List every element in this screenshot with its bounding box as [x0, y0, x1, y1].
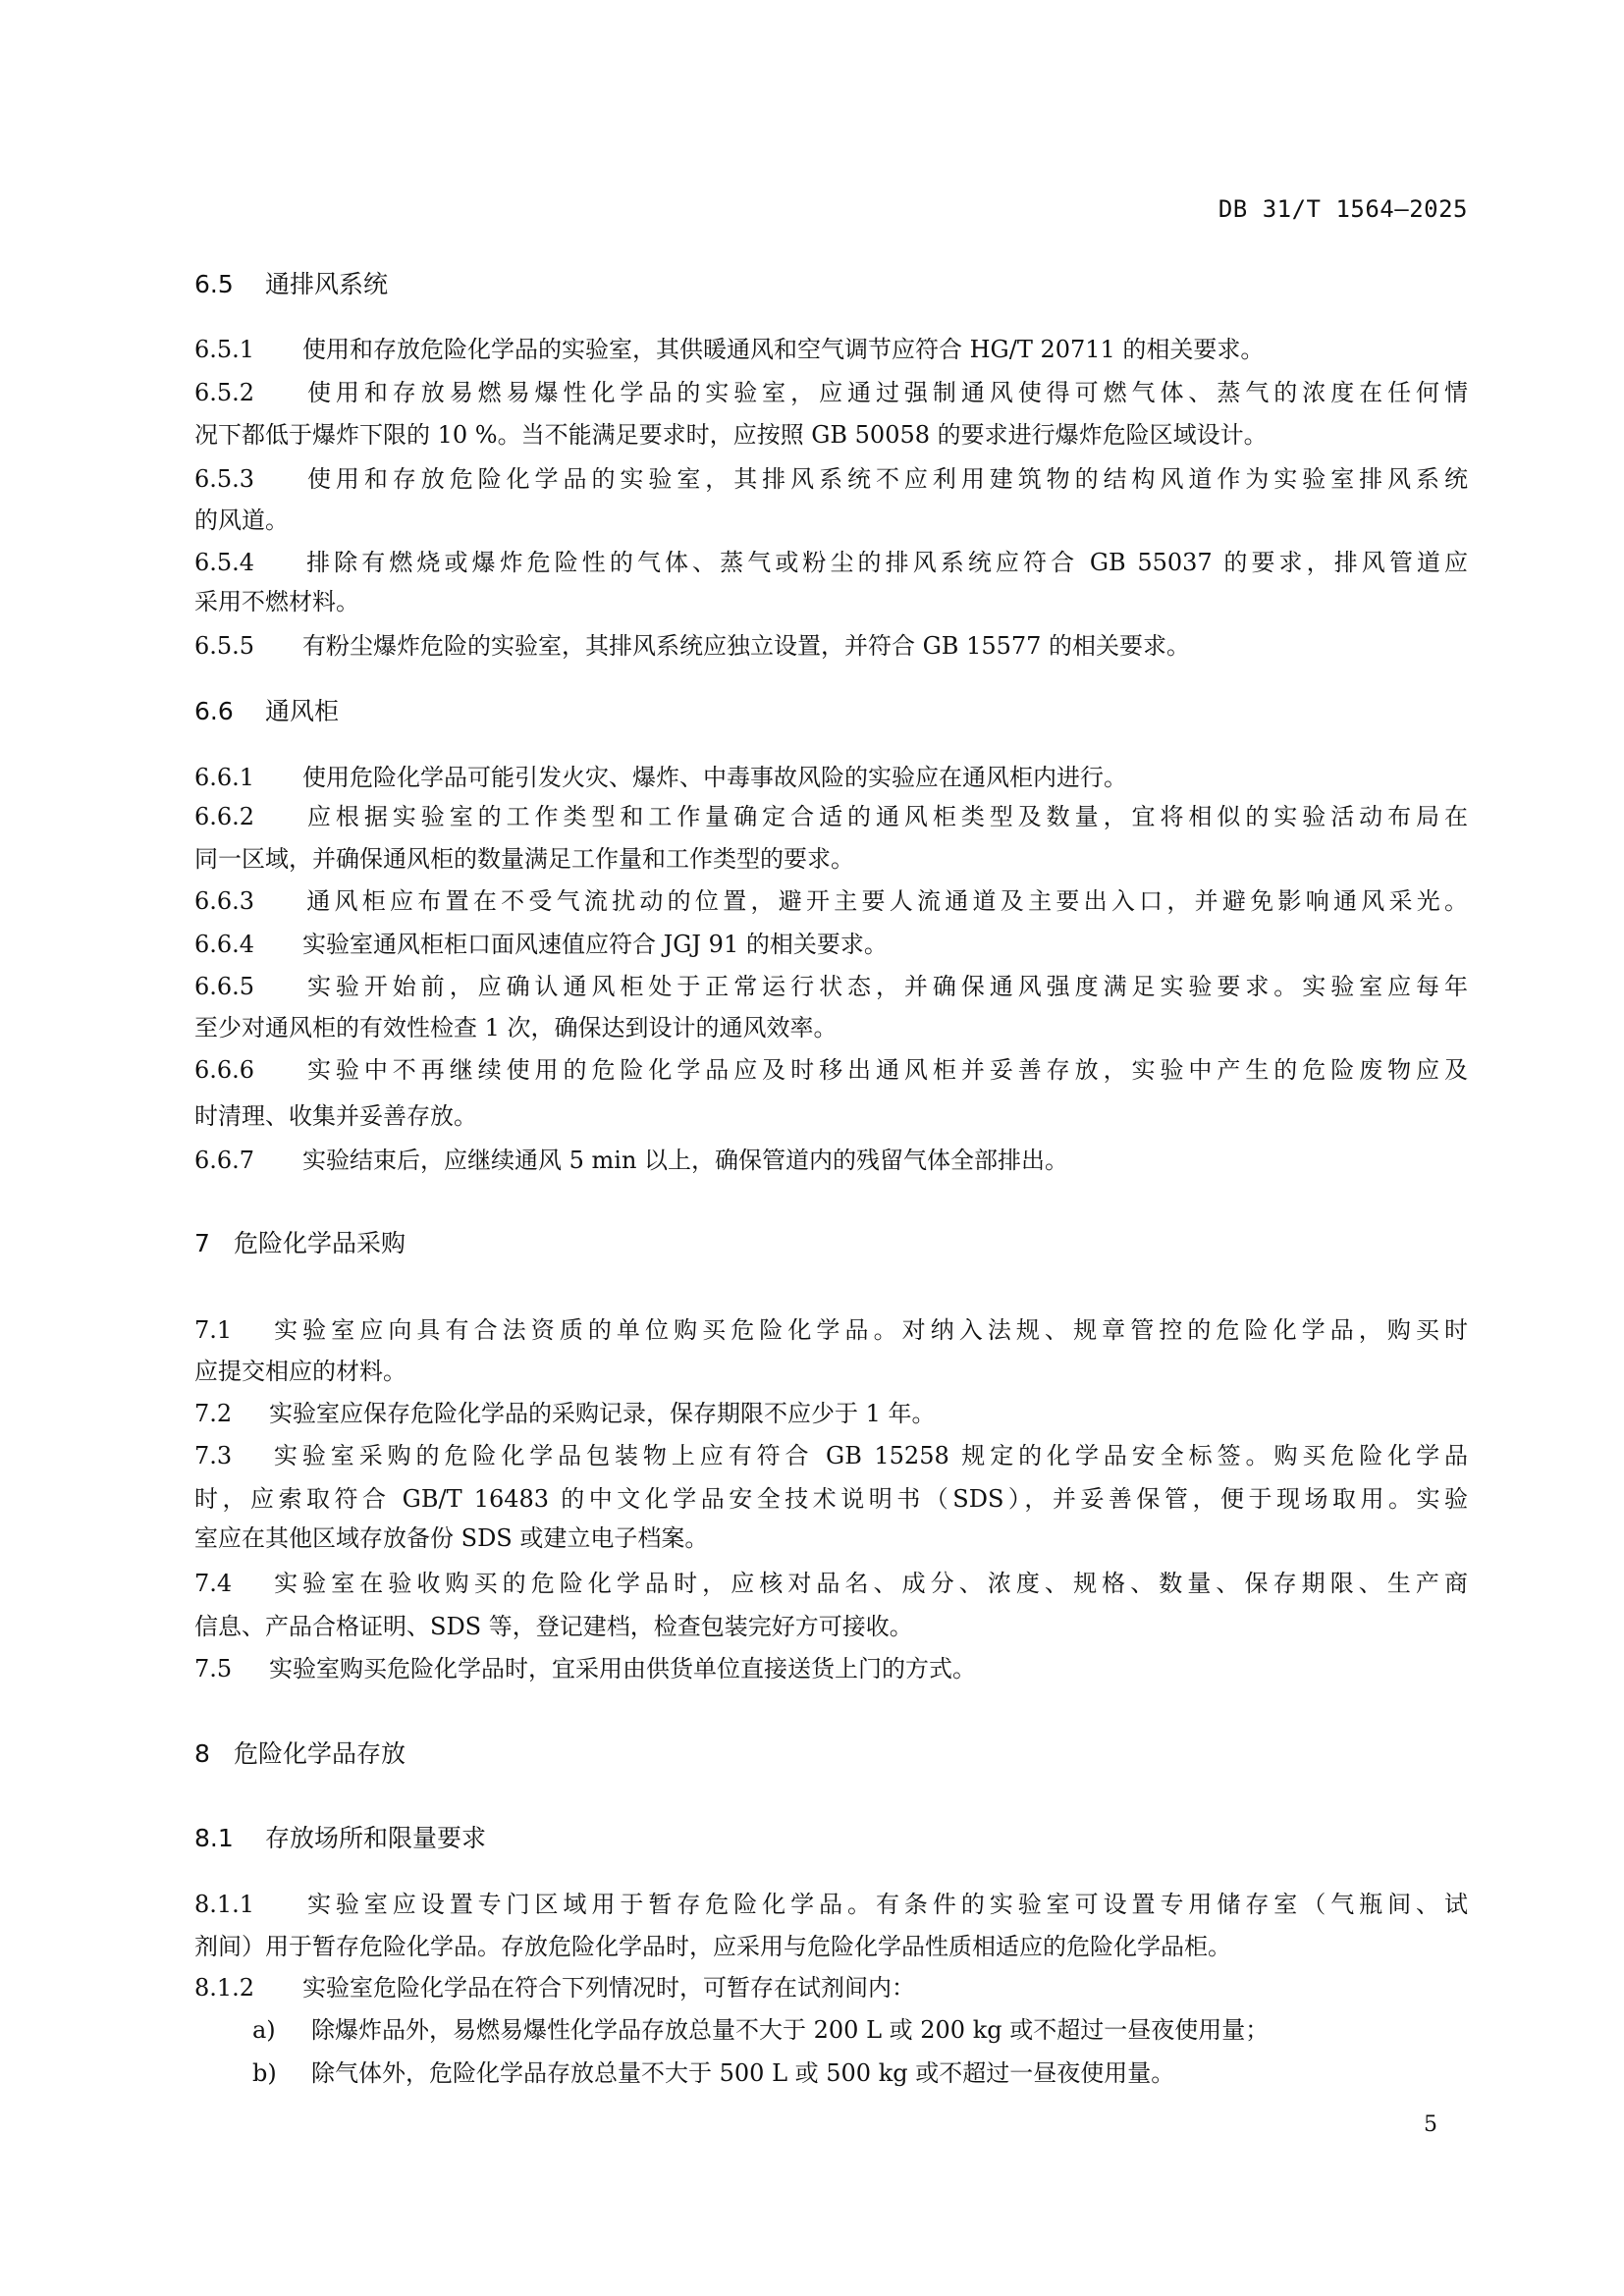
- clause-text: 使用危险化学品可能引发火灾、爆炸、中毒事故风险的实验应在通风柜内进行。: [302, 764, 1127, 791]
- clause-number: 8.1.1: [194, 1889, 302, 1920]
- clause-number: 6.6.6: [194, 1054, 302, 1086]
- document-page: DB 31/T 1564—2025 6.5通排风系统 6.5.1使用和存放危险化…: [0, 0, 1624, 2296]
- clause-number: 7.2: [194, 1398, 269, 1429]
- clause-7-2: 7.2实验室应保存危险化学品的采购记录，保存期限不应少于 1 年。: [194, 1398, 1471, 1429]
- clause-7-3: 7.3实验室采购的危险化学品包装物上应有符合 GB 15258 规定的化学品安全…: [194, 1440, 1468, 1471]
- clause-6-5-2: 6.5.2使用和存放易燃易爆性化学品的实验室，应通过强制通风使得可燃气体、蒸气的…: [194, 377, 1468, 408]
- clause-6-5-2-cont: 况下都低于爆炸下限的 10 %。当不能满足要求时，应按照 GB 50058 的要…: [194, 419, 1471, 451]
- chapter-number: 8: [194, 1738, 234, 1770]
- clause-7-5: 7.5实验室购买危险化学品时，宜采用由供货单位直接送货上门的方式。: [194, 1653, 1471, 1684]
- list-item-b: b)除气体外，危险化学品存放总量不大于 500 L 或 500 kg 或不超过一…: [252, 2057, 1529, 2089]
- clause-text: 实验室应向具有合法资质的单位购买危险化学品。对纳入法规、规章管控的危险化学品，购…: [269, 1316, 1468, 1344]
- clause-7-3-cont-1: 时，应索取符合 GB/T 16483 的中文化学品安全技术说明书（SDS），并妥…: [194, 1483, 1468, 1515]
- clause-number: 6.6.3: [194, 885, 302, 917]
- clause-6-5-4: 6.5.4排除有燃烧或爆炸危险性的气体、蒸气或粉尘的排风系统应符合 GB 550…: [194, 547, 1468, 578]
- clause-7-3-cont-2: 室应在其他区域存放备份 SDS 或建立电子档案。: [194, 1522, 1471, 1554]
- clause-number: 7.5: [194, 1653, 269, 1684]
- clause-text: 使用和存放危险化学品的实验室，其供暖通风和空气调节应符合 HG/T 20711 …: [302, 336, 1264, 363]
- clause-text: 使用和存放易燃易爆性化学品的实验室，应通过强制通风使得可燃气体、蒸气的浓度在任何…: [302, 379, 1468, 406]
- clause-text: 实验室应保存危险化学品的采购记录，保存期限不应少于 1 年。: [269, 1400, 936, 1427]
- clause-6-6-7: 6.6.7实验结束后，应继续通风 5 min 以上，确保管道内的残留气体全部排出…: [194, 1145, 1471, 1176]
- clause-text: 实验结束后，应继续通风 5 min 以上，确保管道内的残留气体全部排出。: [302, 1147, 1068, 1174]
- clause-number: 6.6.4: [194, 929, 302, 960]
- clause-number: 6.5.3: [194, 463, 302, 495]
- clause-text: 实验室危险化学品在符合下列情况时，可暂存在试剂间内：: [302, 1974, 915, 2002]
- clause-text: 应根据实验室的工作类型和工作量确定合适的通风柜类型及数量，宜将相似的实验活动布局…: [302, 803, 1468, 830]
- section-heading-6-6: 6.6通风柜: [194, 696, 1471, 727]
- section-heading-8-1: 8.1存放场所和限量要求: [194, 1823, 1471, 1854]
- clause-6-6-6: 6.6.6实验中不再继续使用的危险化学品应及时移出通风柜并妥善存放，实验中产生的…: [194, 1054, 1468, 1086]
- clause-text: 实验室购买危险化学品时，宜采用由供货单位直接送货上门的方式。: [269, 1655, 976, 1682]
- clause-text: 实验室通风柜柜口面风速值应符合 JGJ 91 的相关要求。: [302, 931, 888, 958]
- clause-number: 6.6.2: [194, 801, 302, 832]
- clause-text: 实验室采购的危险化学品包装物上应有符合 GB 15258 规定的化学品安全标签。…: [269, 1442, 1468, 1469]
- clause-number: 6.5.1: [194, 334, 302, 365]
- clause-number: 7.3: [194, 1440, 269, 1471]
- clause-number: 6.6.7: [194, 1145, 302, 1176]
- clause-6-5-1: 6.5.1使用和存放危险化学品的实验室，其供暖通风和空气调节应符合 HG/T 2…: [194, 334, 1471, 365]
- chapter-title: 危险化学品采购: [234, 1229, 406, 1257]
- list-item-a: a)除爆炸品外，易燃易爆性化学品存放总量不大于 200 L 或 200 kg 或…: [252, 2014, 1529, 2046]
- clause-number: 7.1: [194, 1314, 269, 1346]
- clause-6-6-4: 6.6.4实验室通风柜柜口面风速值应符合 JGJ 91 的相关要求。: [194, 929, 1471, 960]
- clause-text: 有粉尘爆炸危险的实验室，其排风系统应独立设置，并符合 GB 15577 的相关要…: [302, 632, 1190, 660]
- clause-text: 实验中不再继续使用的危险化学品应及时移出通风柜并妥善存放，实验中产生的危险废物应…: [302, 1056, 1468, 1084]
- clause-text: 使用和存放危险化学品的实验室，其排风系统不应利用建筑物的结构风道作为实验室排风系…: [302, 465, 1468, 493]
- clause-6-6-6-cont: 时清理、收集并妥善存放。: [194, 1100, 1471, 1132]
- clause-7-4: 7.4实验室在验收购买的危险化学品时，应核对品名、成分、浓度、规格、数量、保存期…: [194, 1568, 1468, 1599]
- clause-7-1-cont: 应提交相应的材料。: [194, 1356, 1471, 1387]
- clause-6-5-3-cont: 的风道。: [194, 505, 1471, 536]
- clause-text: 实验室应设置专门区域用于暂存危险化学品。有条件的实验室可设置专用储存室（气瓶间、…: [302, 1891, 1468, 1918]
- clause-8-1-1-cont: 剂间）用于暂存危险化学品。存放危险化学品时，应采用与危险化学品性质相适应的危险化…: [194, 1931, 1471, 1962]
- clause-number: 8.1.2: [194, 1972, 302, 2003]
- clause-6-6-2: 6.6.2应根据实验室的工作类型和工作量确定合适的通风柜类型及数量，宜将相似的实…: [194, 801, 1468, 832]
- list-item-text: 除爆炸品外，易燃易爆性化学品存放总量不大于 200 L 或 200 kg 或不超…: [311, 2016, 1269, 2044]
- list-item-label: a): [252, 2014, 311, 2046]
- section-number: 6.5: [194, 269, 265, 300]
- chapter-number: 7: [194, 1228, 234, 1259]
- clause-6-5-5: 6.5.5有粉尘爆炸危险的实验室，其排风系统应独立设置，并符合 GB 15577…: [194, 630, 1471, 662]
- clause-8-1-2: 8.1.2实验室危险化学品在符合下列情况时，可暂存在试剂间内：: [194, 1972, 1471, 2003]
- section-title: 存放场所和限量要求: [265, 1824, 486, 1852]
- section-title: 通风柜: [265, 697, 339, 725]
- chapter-heading-8: 8危险化学品存放: [194, 1738, 1471, 1770]
- list-item-label: b): [252, 2057, 311, 2089]
- clause-7-4-cont: 信息、产品合格证明、SDS 等，登记建档，检查包装完好方可接收。: [194, 1611, 1471, 1642]
- clause-6-5-4-cont: 采用不燃材料。: [194, 586, 1471, 617]
- clause-number: 6.6.5: [194, 971, 302, 1002]
- chapter-title: 危险化学品存放: [234, 1739, 406, 1768]
- clause-number: 6.5.4: [194, 547, 302, 578]
- clause-text: 实验开始前，应确认通风柜处于正常运行状态，并确保通风强度满足实验要求。实验室应每…: [302, 973, 1468, 1000]
- list-item-text: 除气体外，危险化学品存放总量不大于 500 L 或 500 kg 或不超过一昼夜…: [311, 2059, 1174, 2087]
- clause-6-6-5-cont: 至少对通风柜的有效性检查 1 次，确保达到设计的通风效率。: [194, 1012, 1471, 1043]
- clause-8-1-1: 8.1.1实验室应设置专门区域用于暂存危险化学品。有条件的实验室可设置专用储存室…: [194, 1889, 1468, 1920]
- clause-number: 7.4: [194, 1568, 269, 1599]
- standard-code-header: DB 31/T 1564—2025: [1218, 193, 1468, 225]
- clause-7-1: 7.1实验室应向具有合法资质的单位购买危险化学品。对纳入法规、规章管控的危险化学…: [194, 1314, 1468, 1346]
- clause-text: 通风柜应布置在不受气流扰动的位置，避开主要人流通道及主要出入口，并避免影响通风采…: [302, 887, 1468, 915]
- clause-6-5-3: 6.5.3使用和存放危险化学品的实验室，其排风系统不应利用建筑物的结构风道作为实…: [194, 463, 1468, 495]
- clause-number: 6.5.5: [194, 630, 302, 662]
- section-heading-6-5: 6.5通排风系统: [194, 269, 1471, 300]
- clause-number: 6.6.1: [194, 762, 302, 793]
- clause-text: 排除有燃烧或爆炸危险性的气体、蒸气或粉尘的排风系统应符合 GB 55037 的要…: [302, 549, 1468, 576]
- clause-text: 实验室在验收购买的危险化学品时，应核对品名、成分、浓度、规格、数量、保存期限、生…: [269, 1570, 1468, 1597]
- clause-6-6-1: 6.6.1使用危险化学品可能引发火灾、爆炸、中毒事故风险的实验应在通风柜内进行。: [194, 762, 1471, 793]
- section-number: 8.1: [194, 1823, 265, 1854]
- chapter-heading-7: 7危险化学品采购: [194, 1228, 1471, 1259]
- clause-6-6-2-cont: 同一区域，并确保通风柜的数量满足工作量和工作类型的要求。: [194, 843, 1471, 875]
- clause-number: 6.5.2: [194, 377, 302, 408]
- page-number: 5: [1424, 2109, 1437, 2141]
- section-number: 6.6: [194, 696, 265, 727]
- clause-6-6-3: 6.6.3通风柜应布置在不受气流扰动的位置，避开主要人流通道及主要出入口，并避免…: [194, 885, 1468, 917]
- section-title: 通排风系统: [265, 270, 388, 298]
- clause-6-6-5: 6.6.5实验开始前，应确认通风柜处于正常运行状态，并确保通风强度满足实验要求。…: [194, 971, 1468, 1002]
